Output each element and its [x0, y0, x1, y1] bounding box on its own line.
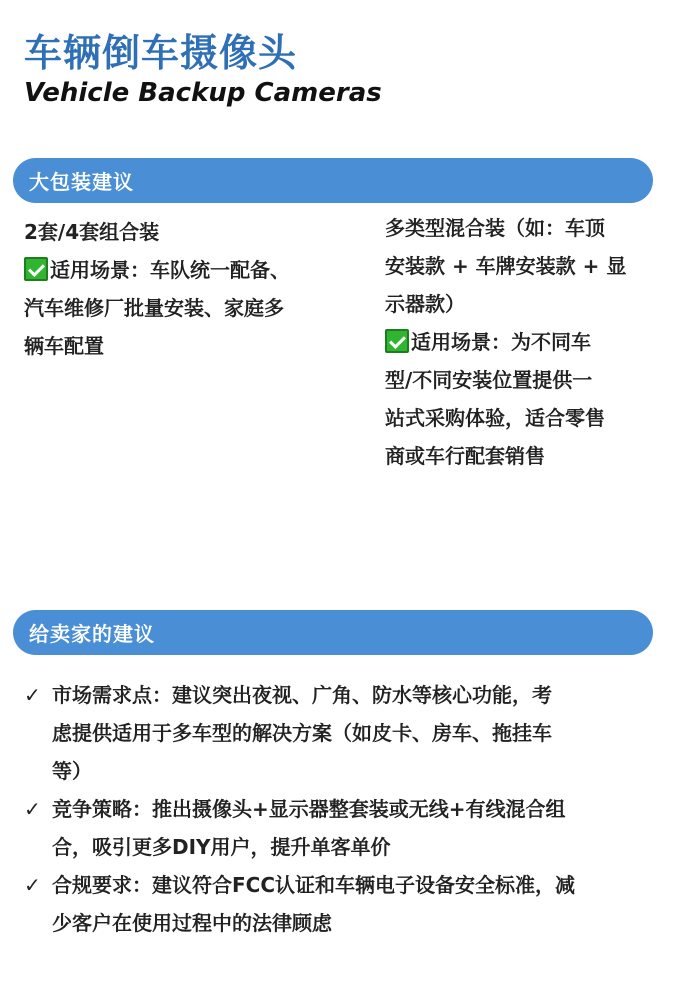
section-header-seller-advice: 给卖家的建议: [13, 610, 653, 655]
bulk-option-left: 2套/4套组合装 适用场景：车队统一配备、 汽车维修厂批量安装、家庭多 辆车配置: [24, 213, 364, 365]
section-header-bulk-packaging: 大包装建议: [13, 158, 653, 203]
advice-text: 市场需求点：建议突出夜视、广角、防水等核心功能，考: [52, 676, 664, 714]
bulk-option-right: 多类型混合装（如：车顶 安装款 + 车牌安装款 + 显 示器款） 适用场景：为不…: [385, 209, 675, 475]
page-title-en: Vehicle Backup Cameras: [24, 76, 382, 110]
scenario-text: 型/不同安装位置提供一: [385, 361, 675, 399]
check-box-icon: [385, 329, 409, 353]
advice-item-competition: ✓ 竞争策略：推出摄像头+显示器整套装或无线+有线混合组 合，吸引更多DIY用户…: [24, 790, 664, 866]
advice-text: 少客户在使用过程中的法律顾虑: [52, 904, 664, 942]
scenario-text: 适用场景：车队统一配备、: [50, 258, 290, 282]
advice-text: 合规要求：建议符合FCC认证和车辆电子设备安全标准，减: [52, 866, 664, 904]
scenario-text: 站式采购体验，适合零售: [385, 399, 675, 437]
checkmark-icon: ✓: [24, 866, 41, 904]
advice-text: 虑提供适用于多车型的解决方案（如皮卡、房车、拖挂车: [52, 714, 664, 752]
seller-advice-list: ✓ 市场需求点：建议突出夜视、广角、防水等核心功能，考 虑提供适用于多车型的解决…: [24, 676, 664, 942]
checkmark-icon: ✓: [24, 790, 41, 828]
advice-text: 合，吸引更多DIY用户，提升单客单价: [52, 828, 664, 866]
page-title-cn: 车辆倒车摄像头: [24, 30, 297, 76]
option-title: 2套/4套组合装: [24, 213, 364, 251]
option-title: 示器款）: [385, 285, 675, 323]
advice-text: 等）: [52, 752, 664, 790]
scenario-text: 汽车维修厂批量安装、家庭多: [24, 289, 364, 327]
section-title: 给卖家的建议: [29, 618, 155, 647]
scenario-text: 适用场景：为不同车: [411, 330, 591, 354]
scenario-text: 辆车配置: [24, 327, 364, 365]
option-title: 安装款 + 车牌安装款 + 显: [385, 247, 675, 285]
checkmark-icon: ✓: [24, 676, 41, 714]
advice-item-compliance: ✓ 合规要求：建议符合FCC认证和车辆电子设备安全标准，减 少客户在使用过程中的…: [24, 866, 664, 942]
check-box-icon: [24, 257, 48, 281]
scenario-text: 商或车行配套销售: [385, 437, 675, 475]
advice-text: 竞争策略：推出摄像头+显示器整套装或无线+有线混合组: [52, 790, 664, 828]
section-title: 大包装建议: [29, 166, 134, 195]
option-title: 多类型混合装（如：车顶: [385, 209, 675, 247]
advice-item-market-demand: ✓ 市场需求点：建议突出夜视、广角、防水等核心功能，考 虑提供适用于多车型的解决…: [24, 676, 664, 790]
